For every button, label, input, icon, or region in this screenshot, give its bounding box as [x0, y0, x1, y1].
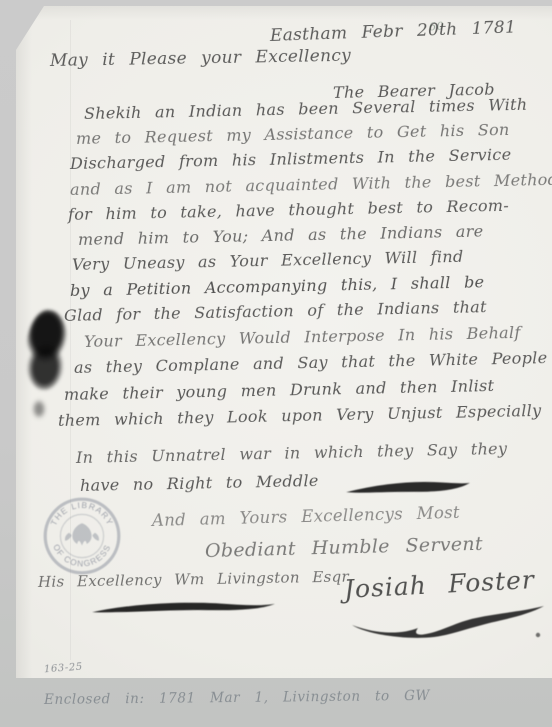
library-of-congress-stamp: THE LIBRARY OF CONGRESS [42, 496, 122, 576]
stamp-eagle-icon [65, 523, 99, 545]
signature-flourish [348, 603, 548, 641]
ink-smudge [30, 396, 48, 422]
curator-note: Enclosed in: 1781 Mar 1, Livingston to G… [44, 688, 430, 708]
scanned-letter-page: 60 Eastham Febr 20th 1781 May it Please … [0, 0, 552, 727]
svg-text:THE LIBRARY: THE LIBRARY [48, 500, 115, 527]
stamp-arc-top-text: THE LIBRARY [48, 500, 115, 527]
